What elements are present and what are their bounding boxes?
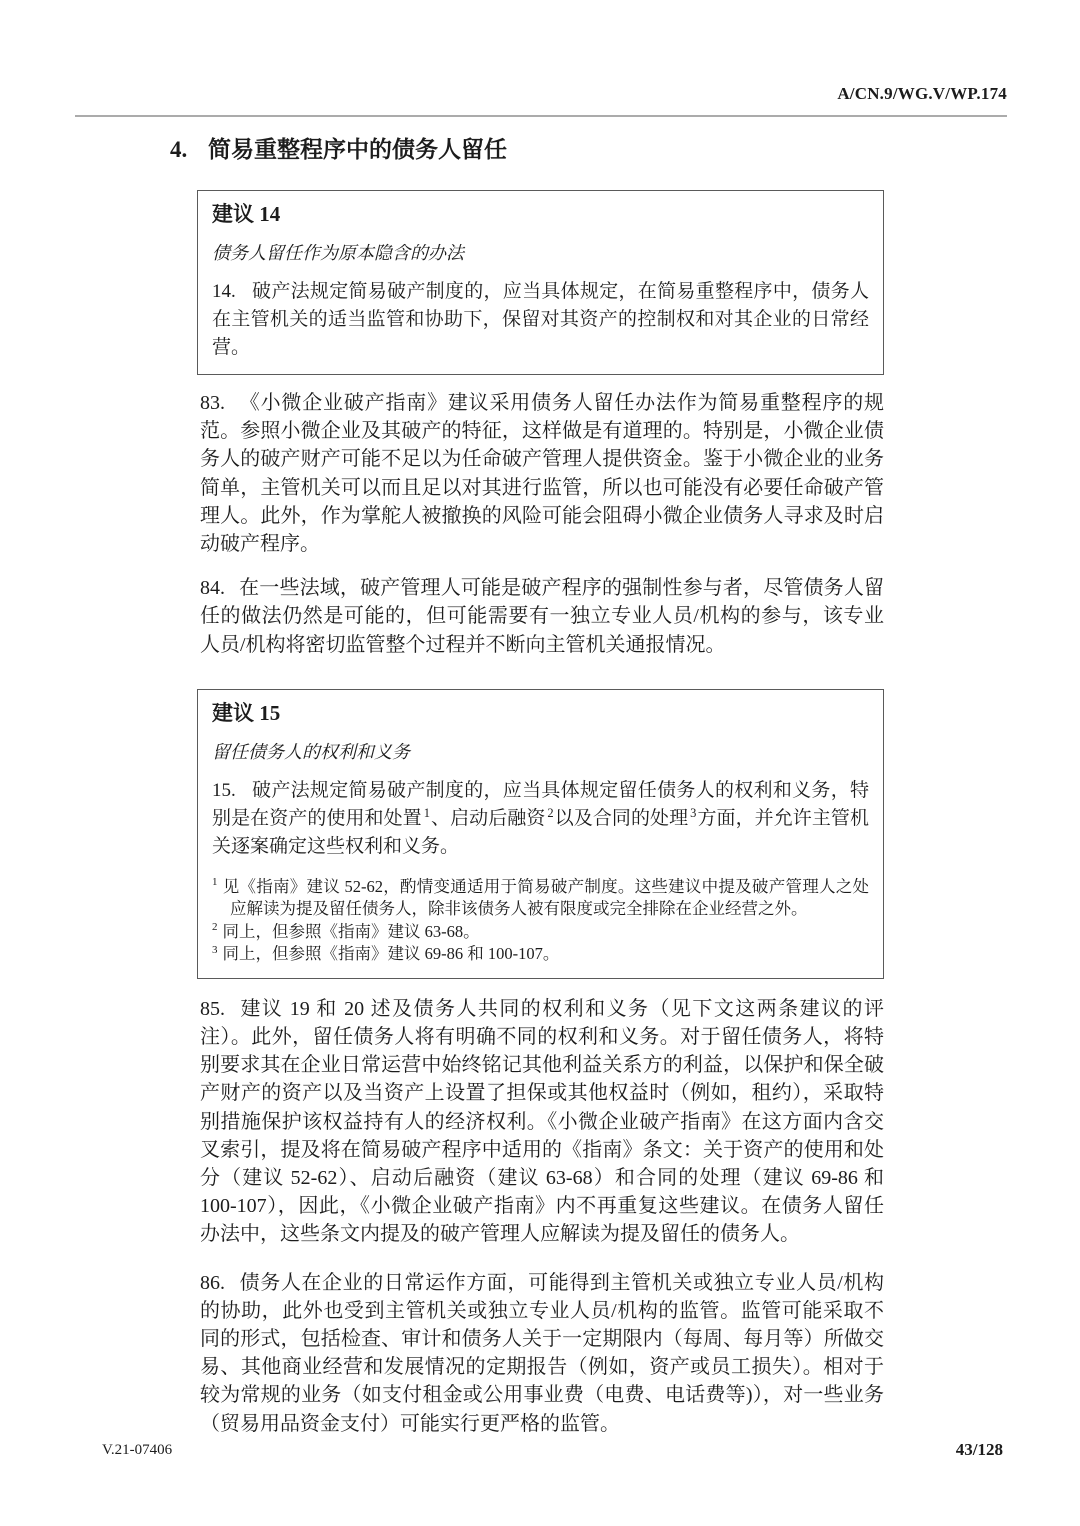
paragraph-85-text: 建议 19 和 20 述及债务人共同的权利和义务（见下文这两条建议的评注）。此外… (200, 998, 884, 1246)
header-rule (75, 115, 1007, 117)
paragraph-number: 14. (212, 281, 236, 302)
rec15-paragraph: 15.破产法规定简易破产制度的，应当具体规定留任债务人的权利和义务，特别是在资产… (212, 777, 869, 861)
footnote-1: 1见《指南》建议 52-62，酌情变通适用于简易破产制度。这些建议中提及破产管理… (212, 876, 869, 921)
paragraph-85: 85.建议 19 和 20 述及债务人共同的权利和义务（见下文这两条建议的评注）… (200, 995, 884, 1249)
paragraph-number: 86. (200, 1272, 225, 1294)
rec14-subtitle: 债务人留任作为原本隐含的办法 (212, 241, 869, 265)
rec15-paragraph-text: 以及合同的处理 (555, 808, 689, 829)
rec15-paragraph-text: 、启动后融资 (431, 808, 545, 829)
footnote-ref-3: 3 (690, 806, 696, 820)
footnote-text: 见《指南》建议 52-62，酌情变通适用于简易破产制度。这些建议中提及破产管理人… (223, 877, 870, 919)
footnote-marker: 1 (212, 876, 218, 888)
document-content: 4.简易重整程序中的债务人留任 建议 14 债务人留任作为原本隐含的办法 14.… (170, 136, 884, 1454)
rec15-title: 建议 15 (212, 700, 869, 726)
section-title: 简易重整程序中的债务人留任 (208, 137, 507, 162)
paragraph-number: 84. (200, 577, 225, 599)
paragraph-86: 86.债务人在企业的日常运作方面，可能得到主管机关或独立专业人员/机构的协助，此… (200, 1269, 884, 1438)
rec14-title: 建议 14 (212, 201, 869, 227)
recommendation-box-15: 建议 15 留任债务人的权利和义务 15.破产法规定简易破产制度的，应当具体规定… (197, 689, 884, 979)
footer-doc-id: V.21-07406 (102, 1442, 172, 1459)
footnote-block: 1见《指南》建议 52-62，酌情变通适用于简易破产制度。这些建议中提及破产管理… (212, 876, 869, 966)
doc-symbol: A/CN.9/WG.V/WP.174 (837, 84, 1007, 104)
footnote-text: 同上，但参照《指南》建议 63-68。 (223, 922, 480, 941)
section-number: 4. (170, 136, 208, 164)
rec14-paragraph: 14.破产法规定简易破产制度的，应当具体规定，在简易重整程序中，债务人在主管机关… (212, 278, 869, 362)
footer-page-number: 43/128 (956, 1440, 1003, 1460)
paragraph-number: 85. (200, 998, 225, 1020)
footnote-text: 同上，但参照《指南》建议 69-86 和 100-107。 (223, 944, 560, 963)
paragraph-84: 84.在一些法域，破产管理人可能是破产程序的强制性参与者，尽管债务人留任的做法仍… (200, 574, 884, 659)
document-page: A/CN.9/WG.V/WP.174 4.简易重整程序中的债务人留任 建议 14… (0, 0, 1080, 1526)
paragraph-number: 83. (200, 392, 225, 414)
footnote-2: 2同上，但参照《指南》建议 63-68。 (212, 921, 869, 944)
paragraph-83: 83.《小微企业破产指南》建议采用债务人留任办法作为简易重整程序的规范。参照小微… (200, 389, 884, 558)
paragraph-83-text: 《小微企业破产指南》建议采用债务人留任办法作为简易重整程序的规范。参照小微企业及… (200, 392, 884, 555)
footnote-ref-2: 2 (547, 806, 553, 820)
footnote-3: 3同上，但参照《指南》建议 69-86 和 100-107。 (212, 943, 869, 966)
paragraph-number: 15. (212, 780, 236, 801)
footnote-ref-1: 1 (424, 806, 430, 820)
footnote-marker: 2 (212, 921, 218, 933)
section-heading: 4.简易重整程序中的债务人留任 (170, 136, 884, 164)
footnote-marker: 3 (212, 944, 218, 956)
paragraph-84-text: 在一些法域，破产管理人可能是破产程序的强制性参与者，尽管债务人留任的做法仍然是可… (200, 577, 884, 655)
recommendation-box-14: 建议 14 债务人留任作为原本隐含的办法 14.破产法规定简易破产制度的，应当具… (197, 190, 884, 375)
rec14-paragraph-text: 破产法规定简易破产制度的，应当具体规定，在简易重整程序中，债务人在主管机关的适当… (212, 281, 869, 358)
rec15-subtitle: 留任债务人的权利和义务 (212, 740, 869, 764)
paragraph-86-text: 债务人在企业的日常运作方面，可能得到主管机关或独立专业人员/机构的协助，此外也受… (200, 1272, 884, 1435)
